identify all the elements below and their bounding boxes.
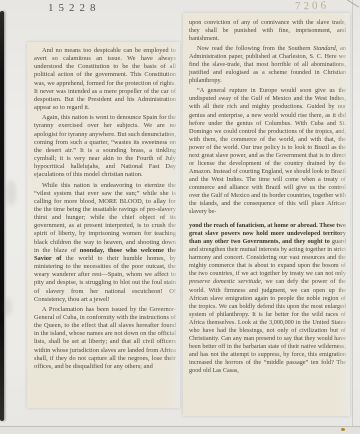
pencil-stray-mark [347,0,359,8]
paragraph-text-italic: Standard, [313,45,337,52]
paper-fold-line [352,0,353,434]
paper-speck [341,428,345,431]
paragraph: upon conviction of any of connivance wit… [189,19,346,43]
smudge-mark [4,298,12,316]
handwritten-number-right: 7206 [295,0,329,12]
paragraph: While this nation is endeavoring to eter… [34,182,176,304]
paragraph: And no means too despicable can be emplo… [34,47,176,112]
paragraph-text: While this nation is endeavoring to eter… [34,182,176,254]
right-newsprint-column: upon conviction of any of connivance wit… [183,13,350,416]
paragraph: Again, this nation is wont to denounce S… [34,114,176,179]
paragraph: “A general rupture in Europe would soon … [189,87,346,216]
handwritten-number-left: 15228 [48,2,101,14]
backing-sheet-edge [0,426,360,434]
paragraph-text: we can defy the power of the world. With… [189,278,346,374]
left-newsprint-column: And no means too despicable can be emplo… [27,42,180,408]
scan-edge-shadow [0,11,4,421]
paragraph: A Proclamation has been issued by the Go… [34,306,176,371]
paragraph: yond the reach of fanaticism, at home or… [189,222,346,375]
paragraph-text: Now read the following from the Southern [197,45,313,52]
paragraph-text-bold: yond the reach of fanaticism, at home or… [189,222,346,245]
paragraph-text-italic: preserve domestic servitude, [189,278,262,285]
paragraph-text: the world to their humble homes, by mini… [34,255,176,303]
scanned-document-page: 15228 7206 And no means too despicable c… [0,0,360,434]
paragraph: Now read the following from the Southern… [189,45,346,85]
smudge-mark [6,180,16,206]
